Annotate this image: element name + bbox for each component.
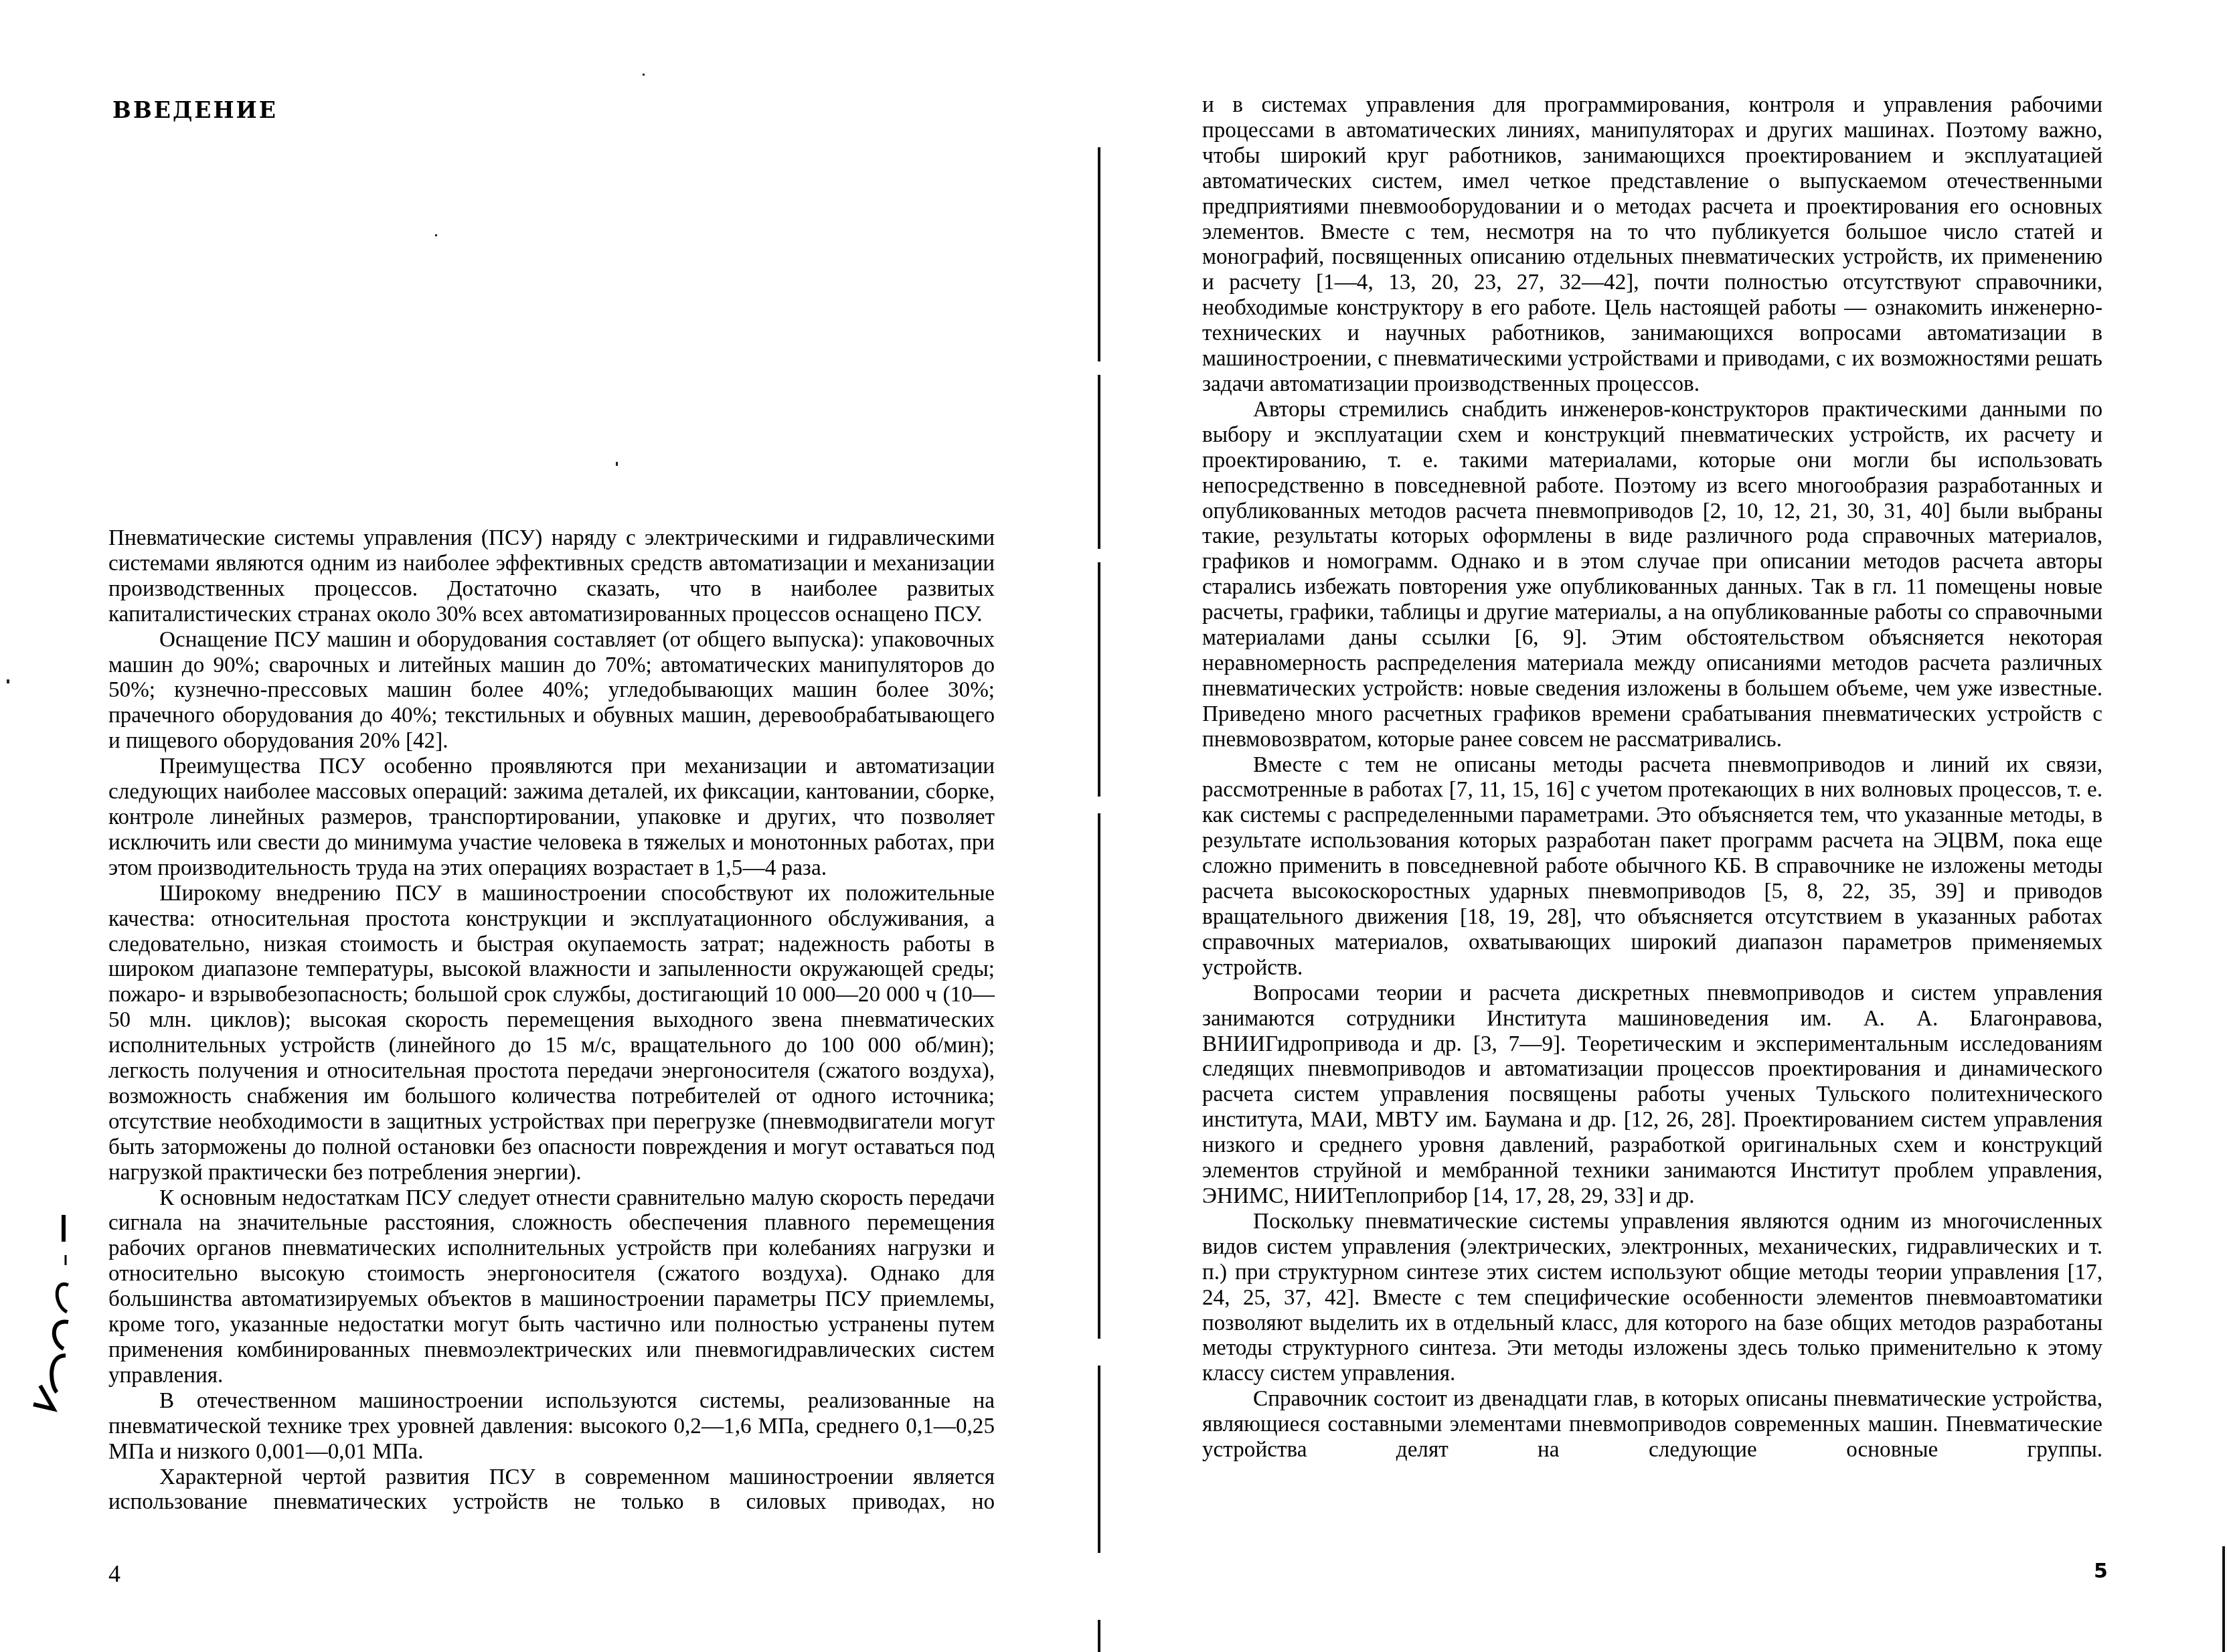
paragraph: Преимущества ПСУ особенно проявляются пр… [108, 754, 995, 881]
paragraph: Вопросами теории и расчета дискретных пн… [1202, 981, 2102, 1209]
paragraph: Оснащение ПСУ машин и оборудования соста… [108, 627, 995, 754]
left-page-body: Пневматические системы управления (ПСУ) … [108, 525, 995, 1515]
page-edge [2222, 1546, 2225, 1652]
paragraph: К основным недостаткам ПСУ следует отнес… [108, 1185, 995, 1388]
paragraph: Поскольку пневматические системы управле… [1202, 1209, 2102, 1386]
right-page-body: и в системах управления для программиров… [1202, 92, 2102, 1463]
paragraph: В отечественном машиностроении использую… [108, 1388, 995, 1465]
paragraph: Пневматические системы управления (ПСУ) … [108, 525, 995, 627]
scan-speck [482, 535, 484, 538]
paragraph: Вместе с тем не описаны методы расчета п… [1202, 752, 2102, 981]
left-page: ВВЕДЕНИЕ Пневматические системы управлен… [0, 0, 1104, 1652]
page-number: 4 [108, 1560, 120, 1588]
binding-gutter [1098, 27, 1100, 1652]
page-number: 5 [2094, 1560, 2108, 1583]
right-page: и в системах управления для программиров… [1111, 0, 2227, 1652]
scan-speck [643, 74, 645, 76]
paragraph: Широкому внедрению ПСУ в машиностроении … [108, 881, 995, 1185]
scan-speck [435, 234, 437, 236]
handwritten-margin-note [27, 1205, 80, 1432]
section-heading: ВВЕДЕНИЕ [112, 97, 278, 123]
paragraph: Авторы стремились снабдить инженеров-кон… [1202, 397, 2102, 752]
paragraph: и в системах управления для программиров… [1202, 92, 2102, 397]
handwriting-icon [27, 1205, 80, 1432]
scan-speck [616, 462, 618, 466]
paragraph: Характерной чертой развития ПСУ в соврем… [108, 1465, 995, 1515]
scan-speck [7, 679, 9, 683]
paragraph: Справочник состоит из двенадцати глав, в… [1202, 1386, 2102, 1463]
